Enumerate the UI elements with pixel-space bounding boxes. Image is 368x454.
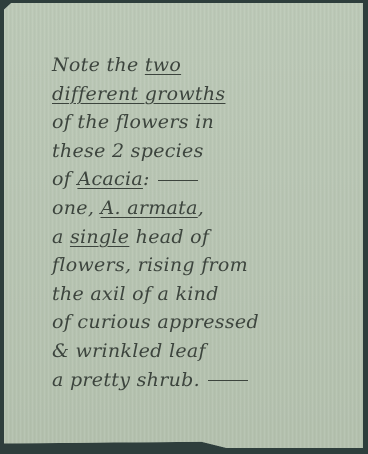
underlined-text: A. armata bbox=[101, 197, 198, 219]
text-line-3: of the flowers in bbox=[52, 108, 259, 137]
text-line-1: Note the two bbox=[52, 51, 259, 80]
text-line-10: of curious appressed bbox=[52, 308, 259, 337]
paper-sheet: Note the two different growths of the fl… bbox=[4, 3, 363, 448]
text-line-7: a single head of bbox=[52, 223, 259, 252]
text-line-2: different growths bbox=[52, 80, 259, 109]
line-text: Note the bbox=[52, 54, 145, 76]
underlined-text: single bbox=[70, 226, 129, 248]
underlined-text: different growths bbox=[52, 83, 225, 105]
line-text: head of bbox=[129, 226, 209, 248]
scanned-document: Note the two different growths of the fl… bbox=[0, 0, 368, 454]
text-line-6: one, A. armata, bbox=[52, 194, 259, 223]
line-text: & wrinkled leaf bbox=[52, 340, 206, 362]
line-text: one, bbox=[52, 197, 101, 219]
text-line-12: a pretty shrub. bbox=[52, 366, 259, 395]
text-line-11: & wrinkled leaf bbox=[52, 337, 259, 366]
line-text: flowers, rising from bbox=[52, 254, 248, 276]
line-text: , bbox=[198, 197, 204, 219]
line-text: a pretty shrub. bbox=[52, 369, 200, 391]
dash-stroke bbox=[158, 180, 198, 181]
line-text: of curious appressed bbox=[52, 311, 259, 333]
text-line-4: these 2 species bbox=[52, 137, 259, 166]
underlined-text: Acacia bbox=[77, 168, 143, 190]
text-line-5: of Acacia: bbox=[52, 165, 259, 194]
dash-stroke bbox=[208, 380, 248, 381]
underlined-text: two bbox=[145, 54, 181, 76]
text-line-9: the axil of a kind bbox=[52, 280, 259, 309]
handwritten-text: Note the two different growths of the fl… bbox=[52, 51, 259, 394]
line-text: of bbox=[52, 168, 77, 190]
line-text: a bbox=[52, 226, 70, 248]
line-text: : bbox=[143, 168, 150, 190]
line-text: the axil of a kind bbox=[52, 283, 219, 305]
line-text: these 2 species bbox=[52, 140, 204, 162]
text-line-8: flowers, rising from bbox=[52, 251, 259, 280]
line-text: of the flowers in bbox=[52, 111, 214, 133]
